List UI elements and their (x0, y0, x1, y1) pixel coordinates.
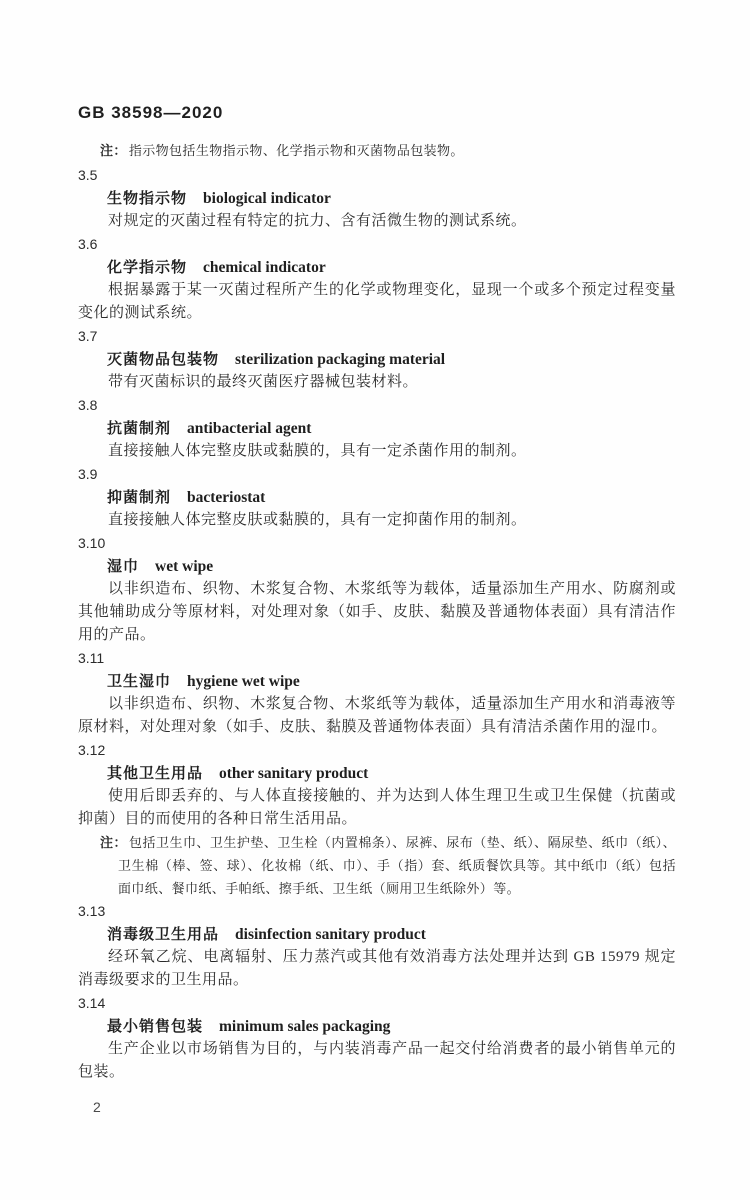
definition-section: 3.10 湿巾wet wipe 以非织造布、织物、木浆复合物、木浆纸等为载体，适… (78, 532, 676, 647)
term-line: 湿巾wet wipe (107, 555, 676, 578)
section-note-label: 注： (100, 835, 127, 850)
term-definition: 带有灭菌标识的最终灭菌医疗器械包装材料。 (78, 371, 676, 394)
term-definition: 以非织造布、织物、木浆复合物、木浆纸等为载体，适量添加生产用水和消毒液等原材料，… (78, 693, 676, 739)
section-number: 3.13 (78, 900, 676, 923)
term-line: 抗菌制剂antibacterial agent (107, 417, 676, 440)
term-line: 化学指示物chemical indicator (107, 256, 676, 279)
term-line: 其他卫生用品other sanitary product (107, 762, 676, 785)
term-chinese: 灭菌物品包装物 (107, 351, 219, 368)
intro-note-text: 指示物包括生物指示物、化学指示物和灭菌物品包装物。 (129, 143, 464, 158)
term-english: antibacterial agent (187, 420, 311, 437)
term-chinese: 卫生湿巾 (107, 673, 171, 690)
document-page: GB 38598—2020 注：指示物包括生物指示物、化学指示物和灭菌物品包装物… (0, 0, 750, 1200)
term-chinese: 最小销售包装 (107, 1018, 203, 1035)
definition-section: 3.8 抗菌制剂antibacterial agent 直接接触人体完整皮肤或黏… (78, 394, 676, 463)
section-number: 3.12 (78, 739, 676, 762)
term-definition: 直接接触人体完整皮肤或黏膜的，具有一定抑菌作用的制剂。 (78, 509, 676, 532)
term-english: hygiene wet wipe (187, 673, 300, 690)
section-note: 注：包括卫生巾、卫生护垫、卫生栓（内置棉条）、尿裤、尿布（垫、纸）、隔尿垫、纸巾… (78, 831, 676, 900)
term-english: minimum sales packaging (219, 1018, 390, 1035)
page-number: 2 (93, 1099, 101, 1115)
term-definition: 经环氧乙烷、电离辐射、压力蒸汽或其他有效消毒方法处理并达到 GB 15979 规… (78, 946, 676, 992)
definition-section: 3.12 其他卫生用品other sanitary product 使用后即丢弃… (78, 739, 676, 900)
section-number: 3.5 (78, 164, 676, 187)
term-english: wet wipe (155, 558, 213, 575)
term-definition: 对规定的灭菌过程有特定的抗力、含有活微生物的测试系统。 (78, 210, 676, 233)
section-number: 3.9 (78, 463, 676, 486)
definition-section: 3.5 生物指示物biological indicator 对规定的灭菌过程有特… (78, 164, 676, 233)
term-line: 灭菌物品包装物sterilization packaging material (107, 348, 676, 371)
section-number: 3.14 (78, 992, 676, 1015)
definition-section: 3.9 抑菌制剂bacteriostat 直接接触人体完整皮肤或黏膜的，具有一定… (78, 463, 676, 532)
term-chinese: 生物指示物 (107, 190, 187, 207)
page-content: GB 38598—2020 注：指示物包括生物指示物、化学指示物和灭菌物品包装物… (78, 102, 676, 1084)
term-chinese: 抗菌制剂 (107, 420, 171, 437)
definition-section: 3.13 消毒级卫生用品disinfection sanitary produc… (78, 900, 676, 992)
section-number: 3.10 (78, 532, 676, 555)
term-chinese: 化学指示物 (107, 259, 187, 276)
term-line: 抑菌制剂bacteriostat (107, 486, 676, 509)
term-chinese: 抑菌制剂 (107, 489, 171, 506)
term-definition: 使用后即丢弃的、与人体直接接触的、并为达到人体生理卫生或卫生保健（抗菌或抑菌）目… (78, 785, 676, 831)
term-line: 生物指示物biological indicator (107, 187, 676, 210)
section-number: 3.8 (78, 394, 676, 417)
term-english: biological indicator (203, 190, 331, 207)
standard-number-header: GB 38598—2020 (78, 102, 676, 124)
term-line: 卫生湿巾hygiene wet wipe (107, 670, 676, 693)
term-english: other sanitary product (219, 765, 368, 782)
term-english: chemical indicator (203, 259, 326, 276)
definition-section: 3.6 化学指示物chemical indicator 根据暴露于某一灭菌过程所… (78, 233, 676, 325)
section-note-text: 包括卫生巾、卫生护垫、卫生栓（内置棉条）、尿裤、尿布（垫、纸）、隔尿垫、纸巾（纸… (118, 835, 676, 896)
definition-section: 3.14 最小销售包装minimum sales packaging 生产企业以… (78, 992, 676, 1084)
term-definition: 根据暴露于某一灭菌过程所产生的化学或物理变化，显现一个或多个预定过程变量变化的测… (78, 279, 676, 325)
intro-note: 注：指示物包括生物指示物、化学指示物和灭菌物品包装物。 (78, 139, 676, 162)
section-number: 3.7 (78, 325, 676, 348)
term-definition: 生产企业以市场销售为目的，与内装消毒产品一起交付给消费者的最小销售单元的包装。 (78, 1038, 676, 1084)
term-english: sterilization packaging material (235, 351, 445, 368)
term-chinese: 消毒级卫生用品 (107, 926, 219, 943)
term-line: 最小销售包装minimum sales packaging (107, 1015, 676, 1038)
term-chinese: 其他卫生用品 (107, 765, 203, 782)
term-chinese: 湿巾 (107, 558, 139, 575)
term-english: disinfection sanitary product (235, 926, 426, 943)
terms-and-definitions-list: 3.5 生物指示物biological indicator 对规定的灭菌过程有特… (78, 164, 676, 1084)
definition-section: 3.11 卫生湿巾hygiene wet wipe 以非织造布、织物、木浆复合物… (78, 647, 676, 739)
term-line: 消毒级卫生用品disinfection sanitary product (107, 923, 676, 946)
term-definition: 以非织造布、织物、木浆复合物、木浆纸等为载体，适量添加生产用水、防腐剂或其他辅助… (78, 578, 676, 647)
section-number: 3.11 (78, 647, 676, 670)
intro-note-label: 注： (100, 143, 127, 158)
term-english: bacteriostat (187, 489, 265, 506)
term-definition: 直接接触人体完整皮肤或黏膜的，具有一定杀菌作用的制剂。 (78, 440, 676, 463)
section-number: 3.6 (78, 233, 676, 256)
definition-section: 3.7 灭菌物品包装物sterilization packaging mater… (78, 325, 676, 394)
